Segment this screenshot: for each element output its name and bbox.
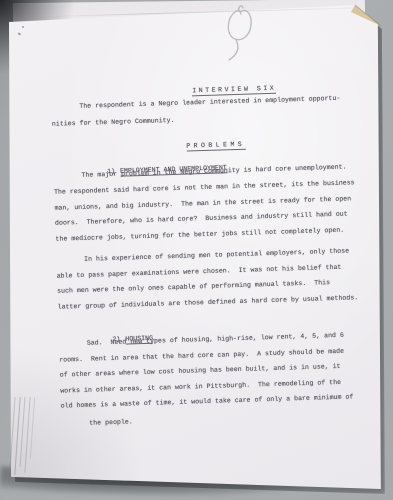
body-line: such men were the only ones capable of p…: [57, 279, 330, 296]
body-line: man, unions, and big industry. The man i…: [54, 195, 351, 212]
intro-line: nities for the Negro Community.: [52, 117, 175, 129]
body-line: latter group of individuals are those de…: [58, 294, 359, 311]
body-line: the mediocre jobs, turning for the bette…: [55, 226, 344, 243]
body-line: of other areas where low cost housing ha…: [60, 363, 341, 380]
body-line: the people.: [89, 418, 133, 427]
pencil-squiggle-icon: [213, 1, 265, 69]
pencil-dot: [22, 26, 24, 28]
stack-edge-line: [30, 397, 35, 459]
typewritten-text-block: INTERVIEW SIX The respondent is a Negro …: [34, 67, 377, 439]
body-line: old homes is a waste of time, it would t…: [61, 393, 354, 410]
body-line: works in other areas, it can work in Pit…: [60, 378, 341, 395]
body-line: In his experience of sending men to pote…: [84, 248, 349, 264]
folded-corner-icon: [346, 1, 386, 31]
scanner-bed-background: INTERVIEW SIX The respondent is a Negro …: [0, 0, 393, 500]
page-stack-edges: [9, 397, 39, 477]
stack-edge-line: [24, 397, 30, 473]
body-line: doors. Therefore, who is hard core? Busi…: [55, 211, 348, 228]
document-title-text: INTERVIEW SIX: [192, 85, 276, 97]
document-subtitle-text: PROBLEMS: [186, 141, 245, 152]
body-line: able to pass paper examinations were cho…: [57, 263, 342, 280]
